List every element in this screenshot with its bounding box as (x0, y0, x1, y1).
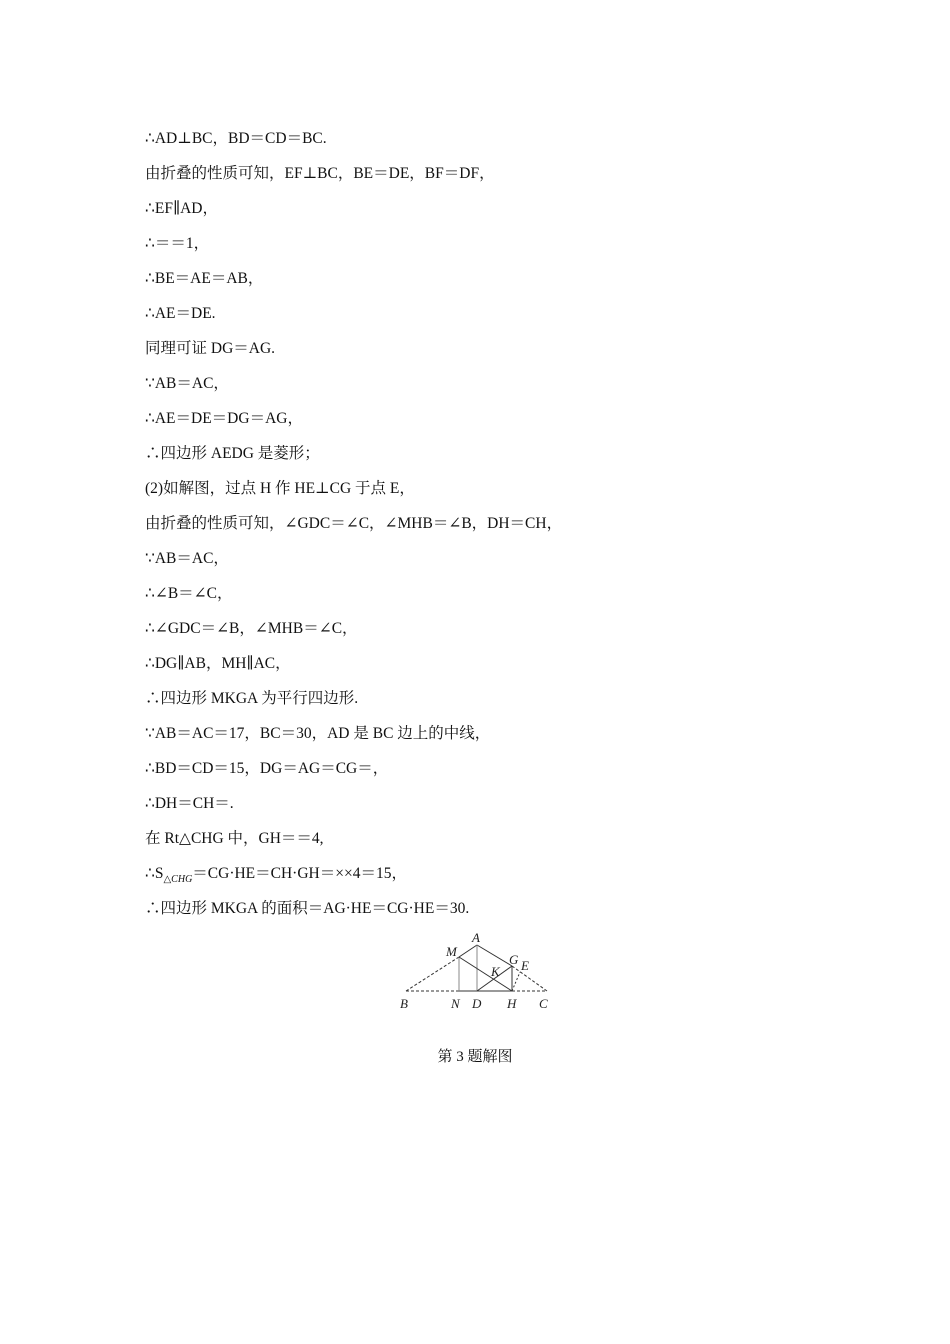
label-A: A (471, 930, 480, 945)
solution-line-15: ∴∠GDC＝∠B，∠MHB＝∠C， (145, 619, 358, 639)
area-formula-rest: ＝CG·HE＝CH·GH＝××4＝15， (192, 865, 407, 882)
solution-line-5: ∴BE＝AE＝AB， (145, 269, 263, 289)
area-formula-line: ∴S△CHG＝CG·HE＝CH·GH＝××4＝15， (145, 864, 407, 890)
label-E: E (520, 958, 529, 973)
solution-line-6: ∴AE＝DE. (145, 304, 216, 324)
solution-line-18: ∵AB＝AC＝17，BC＝30，AD 是 BC 边上的中线， (145, 724, 490, 744)
label-D: D (471, 996, 482, 1011)
document-page: ∴AD⊥BC，BD＝CD＝BC. 由折叠的性质可知，EF⊥BC，BE＝DE，BF… (0, 0, 950, 1344)
label-K: K (490, 964, 501, 979)
solution-line-16: ∴DG∥AB，MH∥AC， (145, 654, 291, 674)
solution-line-3: ∴EF∥AD， (145, 199, 218, 219)
solution-line-8: ∵AB＝AC， (145, 374, 229, 394)
part2-heading-line: (2)如解图，过点 H 作 HE⊥CG 于点 E， (145, 479, 415, 499)
solution-line-23: ∴四边形 MKGA 的面积＝AG·HE＝CG·HE＝30. (145, 899, 469, 919)
solution-line-4: ∴＝＝1， (145, 234, 209, 254)
solution-line-13: ∵AB＝AC， (145, 549, 229, 569)
solution-line-21: 在 Rt△CHG 中，GH＝＝4, (145, 829, 324, 849)
label-N: N (450, 996, 461, 1011)
solution-line-10: ∴四边形 AEDG 是菱形； (145, 444, 320, 464)
solution-line-19: ∴BD＝CD＝15，DG＝AG＝CG＝， (145, 759, 388, 779)
geometry-figure: A M G E K B N D H C (395, 925, 560, 1020)
solution-line-9: ∴AE＝DE＝DG＝AG， (145, 409, 303, 429)
solution-line-7: 同理可证 DG＝AG. (145, 339, 275, 359)
solution-line-12: 由折叠的性质可知，∠GDC＝∠C，∠MHB＝∠B，DH＝CH， (145, 514, 562, 534)
solution-line-1: ∴AD⊥BC，BD＝CD＝BC. (145, 129, 327, 149)
label-B: B (400, 996, 408, 1011)
solution-line-14: ∴∠B＝∠C， (145, 584, 233, 604)
solution-line-17: ∴四边形 MKGA 为平行四边形. (145, 689, 358, 709)
triangle-diagram: A M G E K B N D H C (395, 925, 560, 1020)
label-H: H (506, 996, 517, 1011)
solution-line-2: 由折叠的性质可知，EF⊥BC，BE＝DE，BF＝DF， (145, 164, 495, 184)
label-G: G (509, 952, 519, 967)
solution-line-20: ∴DH＝CH＝. (145, 794, 234, 814)
label-M: M (445, 944, 458, 959)
label-C: C (539, 996, 548, 1011)
area-subscript: △CHG (163, 874, 192, 885)
figure-caption: 第 3 题解图 (0, 1045, 950, 1066)
area-symbol: ∴S (145, 865, 163, 882)
